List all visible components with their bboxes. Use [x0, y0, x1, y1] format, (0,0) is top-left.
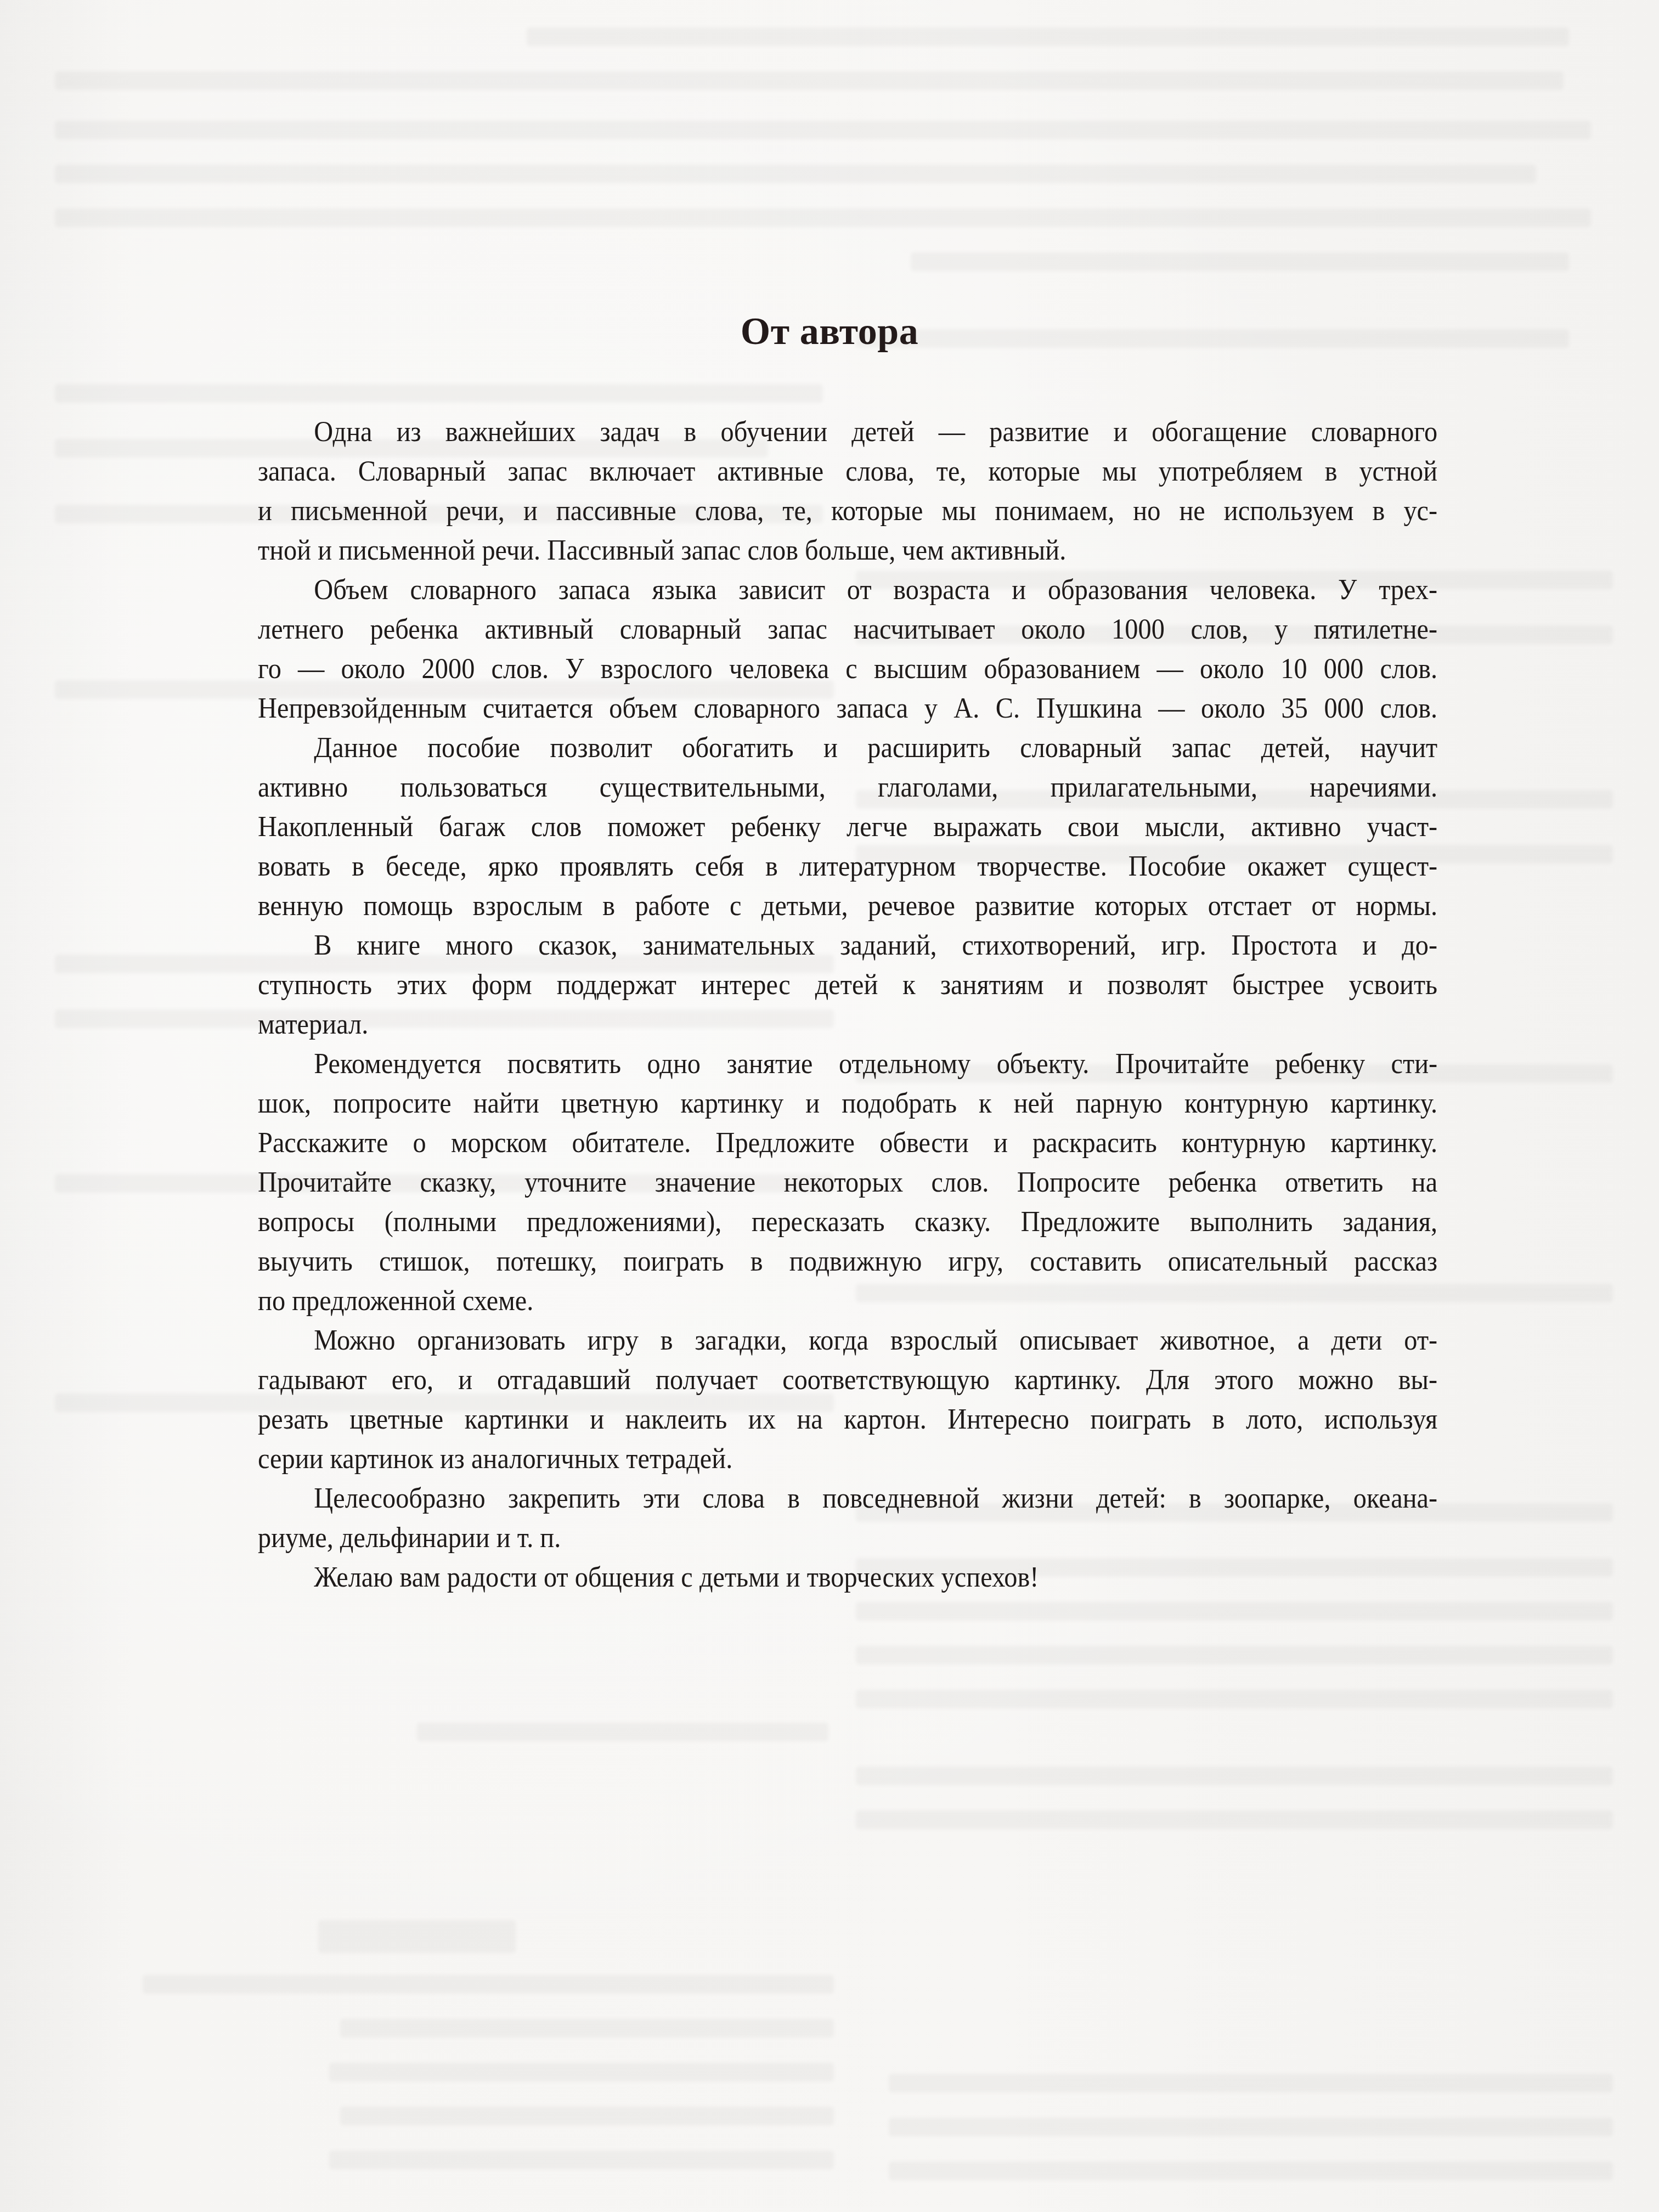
text-line: выучить стишок, потешку, поиграть в подв…	[258, 1242, 1437, 1282]
text-line: Можно организовать игру в загадки, когда…	[258, 1321, 1437, 1361]
text-line: венную помощь взрослым в работе с детьми…	[258, 887, 1437, 926]
text-line: шок, попросите найти цветную картинку и …	[258, 1084, 1437, 1124]
text-line: ступность этих форм поддержат интерес де…	[258, 966, 1437, 1005]
text-line: летнего ребенка активный словарный запас…	[258, 610, 1437, 650]
text-line: активно пользоваться существительными, г…	[258, 768, 1437, 808]
text-line: Непревзойденным считается объем словарно…	[258, 689, 1437, 729]
text-line: по предложенной схеме.	[258, 1282, 1437, 1321]
text-line: резать цветные картинки и наклеить их на…	[258, 1400, 1437, 1440]
text-line: тной и письменной речи. Пассивный запас …	[258, 531, 1437, 571]
text-line: риуме, дельфинарии и т. п.	[258, 1519, 1437, 1558]
text-line: запаса. Словарный запас включает активны…	[258, 452, 1437, 492]
text-line: Желаю вам радости от общения с детьми и …	[258, 1558, 1437, 1598]
text-line: Накопленный багаж слов поможет ребенку л…	[258, 808, 1437, 847]
paragraph: Желаю вам радости от общения с детьми и …	[258, 1558, 1437, 1598]
text-line: Рекомендуется посвятить одно занятие отд…	[258, 1045, 1437, 1084]
preface-body: Одна из важнейших задач в обучении детей…	[258, 413, 1437, 1598]
text-line: го — около 2000 слов. У взрослого челове…	[258, 650, 1437, 689]
text-line: Объем словарного запаса языка зависит от…	[258, 571, 1437, 610]
paragraph: Данное пособие позволит обогатить и расш…	[258, 729, 1437, 926]
paragraph: Объем словарного запаса языка зависит от…	[258, 571, 1437, 729]
text-line: Расскажите о морском обитателе. Предложи…	[258, 1124, 1437, 1163]
text-line: Прочитайте сказку, уточните значение нек…	[258, 1163, 1437, 1203]
text-line: и письменной речи, и пассивные слова, те…	[258, 492, 1437, 531]
page-title: От автора	[0, 310, 1659, 354]
text-line: В книге много сказок, занимательных зада…	[258, 926, 1437, 966]
text-line: серии картинок из аналогичных тетрадей.	[258, 1440, 1437, 1479]
paragraph: В книге много сказок, занимательных зада…	[258, 926, 1437, 1045]
text-line: вопросы (полными предложениями), переска…	[258, 1203, 1437, 1242]
text-line: материал.	[258, 1005, 1437, 1045]
text-line: Целесообразно закрепить эти слова в повс…	[258, 1479, 1437, 1519]
text-line: Данное пособие позволит обогатить и расш…	[258, 729, 1437, 768]
text-line: Одна из важнейших задач в обучении детей…	[258, 413, 1437, 452]
paragraph: Можно организовать игру в загадки, когда…	[258, 1321, 1437, 1479]
paragraph: Одна из важнейших задач в обучении детей…	[258, 413, 1437, 571]
text-line: вовать в беседе, ярко проявлять себя в л…	[258, 847, 1437, 887]
paragraph: Рекомендуется посвятить одно занятие отд…	[258, 1045, 1437, 1321]
text-line: гадывают его, и отгадавший получает соот…	[258, 1361, 1437, 1400]
paragraph: Целесообразно закрепить эти слова в повс…	[258, 1479, 1437, 1558]
